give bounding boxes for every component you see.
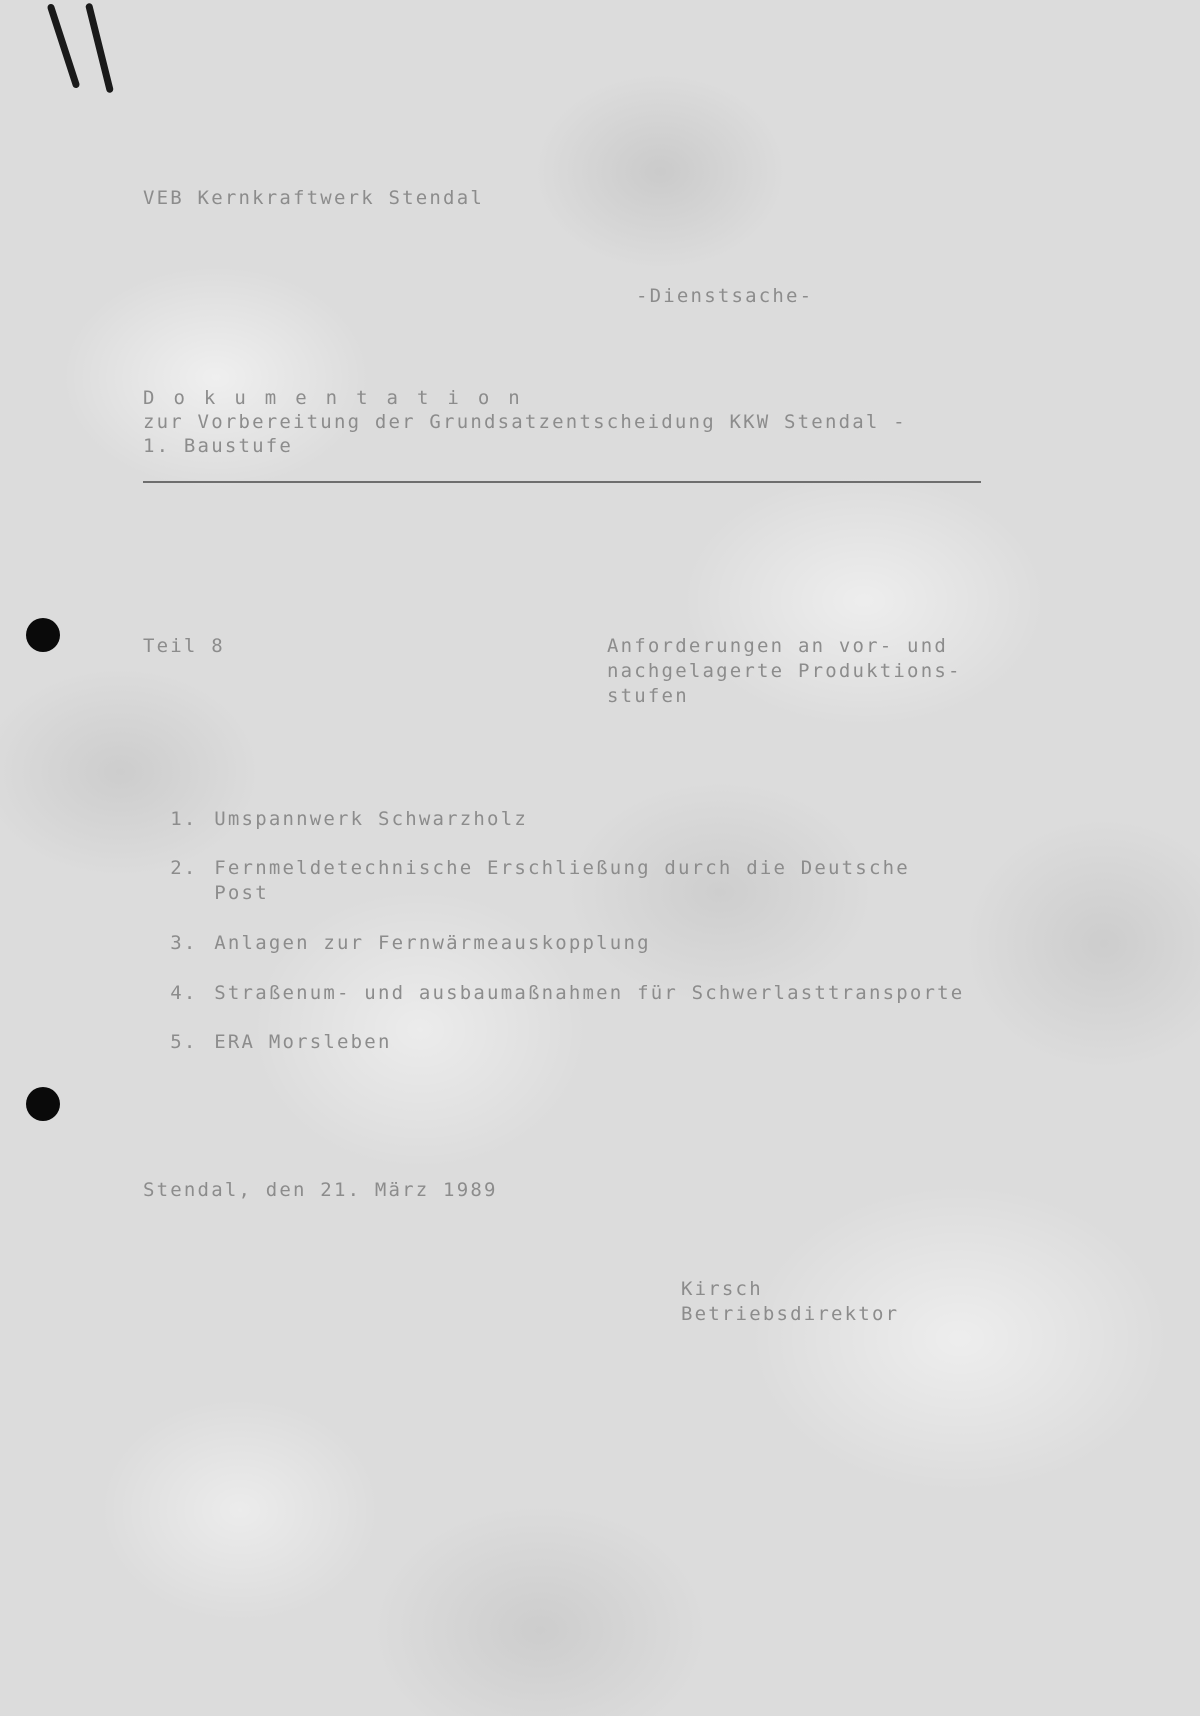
staple-mark [47,3,81,89]
list-item-text: Anlagen zur Fernwärmeauskopplung [214,932,650,954]
part-label: Teil 8 [143,634,225,659]
punch-hole [26,1087,60,1121]
signatory-title: Betriebsdirektor [681,1302,899,1327]
document-subtitle-line-1: zur Vorbereitung der Grundsatzentscheidu… [143,410,907,435]
list-item-continuation: Post [143,856,269,906]
list-item: 5.ERA Morsleben [143,1005,392,1055]
list-item-number: 4. [170,981,214,1006]
place-and-date: Stendal, den 21. März 1989 [143,1178,498,1203]
document-title: Dokumentation [143,386,539,411]
punch-hole [26,618,60,652]
document-subtitle-line-2: 1. Baustufe [143,434,293,459]
list-item-text: Post [214,882,269,904]
list-item-text: Straßenum- und ausbaumaßnahmen für Schwe… [214,982,964,1004]
list-item-text: Fernmeldetechnische Erschließung durch d… [214,857,910,879]
list-item-number: 1. [170,807,214,832]
part-description-line-2: nachgelagerte Produktions- [607,659,962,684]
signatory-name: Kirsch [681,1277,763,1302]
title-underline [143,481,981,483]
organization-name: VEB Kernkraftwerk Stendal [143,186,484,211]
part-description-line-3: stufen [607,684,689,709]
part-description-line-1: Anforderungen an vor- und [607,634,948,659]
list-item: 3.Anlagen zur Fernwärmeauskopplung [143,906,651,956]
list-item: 1.Umspannwerk Schwarzholz [143,782,528,832]
list-item: 4.Straßenum- und ausbaumaßnahmen für Sch… [143,956,964,1006]
classification-label: -Dienstsache- [636,284,813,309]
list-item-number: 5. [170,1030,214,1055]
list-item-number: 3. [170,931,214,956]
list-item-text: ERA Morsleben [214,1031,391,1053]
staple-mark [85,3,114,94]
list-item-text: Umspannwerk Schwarzholz [214,808,528,830]
